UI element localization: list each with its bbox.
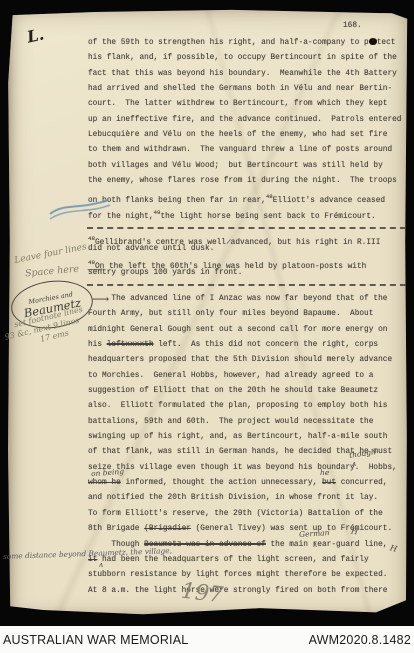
- typed-line: up an ineffective fire, and the advance …: [88, 113, 402, 128]
- pencil-page-number: 197: [180, 579, 225, 609]
- typed-segment-delx: leftxxxxth: [107, 341, 154, 349]
- typed-line: also. Elliott formulated the plan, propo…: [88, 399, 397, 414]
- archive-footer-bar: AUSTRALIAN WAR MEMORIAL AWM2020.8.1482: [0, 626, 414, 653]
- typed-line: To form Elliott's reserve, the 29th (Vic…: [88, 507, 397, 522]
- typed-line: fact that this was beyond his boundary. …: [88, 67, 402, 82]
- blue-pencil-scribble-icon: [47, 195, 113, 223]
- archive-accession-number: AWM2020.8.1482: [309, 633, 411, 647]
- paragraph-continued: of the 59th to strengthen his right, and…: [88, 36, 402, 220]
- typed-segment-del: whom he: [88, 479, 121, 487]
- typed-line: seize this village even though it was be…: [88, 461, 397, 476]
- footnote-48: 48Gellibrand's centre was well∕advanced,…: [88, 234, 380, 255]
- typed-line: court. The latter withdrew to Bertincour…: [88, 97, 402, 112]
- editor-note-leave-lines: Leave four lines: [14, 242, 88, 266]
- footnote-49: 49On the left the 60th's line was held b…: [88, 258, 366, 279]
- archive-institution-label: AUSTRALIAN WAR MEMORIAL: [3, 633, 188, 647]
- editor-note-space-here: Space here: [25, 264, 80, 280]
- ink-blot-icon: [369, 38, 377, 45]
- caret-icon: ʌ: [352, 460, 356, 468]
- typed-line: midnight General Gough sent out a second…: [88, 323, 397, 338]
- typed-segment-del: (Brigadier: [144, 525, 191, 533]
- typed-line: his flank, and, if possible, to occupy B…: [88, 51, 402, 66]
- handwritten-insertion-he: he: [320, 468, 329, 477]
- typed-segment-sup: 48: [88, 235, 95, 242]
- typed-line: of the 59th to strengthen his right, and…: [88, 36, 402, 51]
- typed-separator-line: [87, 227, 406, 229]
- typed-line: stubborn resistance by light forces migh…: [88, 568, 397, 583]
- pencil-corner-mark: L.: [25, 24, 45, 46]
- arrow-right-icon: ⟶: [87, 263, 103, 276]
- typed-line: to Morchies. General Hobbs, however, had…: [88, 369, 397, 384]
- typed-line: The advanced line of I Anzac was now far…: [88, 292, 397, 307]
- typed-line: both villages and Vélu Wood; but Bertinc…: [88, 159, 402, 174]
- arrow-right-icon: ⟶: [92, 292, 109, 306]
- typed-line: and notified the 20th British Division, …: [88, 491, 397, 506]
- typed-line: headquarters proposed that the 5th Divis…: [88, 353, 397, 368]
- caret-icon: ʌ: [99, 561, 103, 569]
- typed-line: At 8 a.m. the light horse were strongly …: [88, 584, 397, 599]
- typed-segment-sup: 49: [154, 209, 161, 216]
- typed-line: for the night,49the light horse being se…: [88, 205, 402, 220]
- typed-segment-del: but: [322, 479, 336, 487]
- typed-segment-sup: 48: [266, 193, 273, 200]
- typed-line: Fourth Army, but still only four miles b…: [88, 307, 397, 322]
- page-content-layer: 168. of the 59th to strengthen his right…: [0, 0, 414, 653]
- typed-line: battalions, 59th and 60th. The project w…: [88, 415, 397, 430]
- typed-line: 49On the left the 60th's line was held b…: [88, 258, 366, 268]
- caret-icon: ʌ: [313, 541, 317, 549]
- page-number: 168.: [343, 22, 362, 30]
- typed-line: the enemy, whose flares rose from it dur…: [88, 174, 402, 189]
- typed-line: whom he informed, thought the action unn…: [88, 476, 397, 491]
- typed-line: his leftxxxxth left. As this did not con…: [88, 338, 397, 353]
- typed-line: suggestion of Elliott that on the 20th h…: [88, 384, 397, 399]
- typed-line: Lebucquière and Vélu on the heels of the…: [88, 128, 402, 143]
- typed-line: swinging up of his right, and, as Bertin…: [88, 430, 397, 445]
- typed-line: 48Gellibrand's centre was well∕advanced,…: [88, 234, 380, 244]
- typed-separator-line: [87, 284, 406, 286]
- typed-line: to them and withdrawn. The vanguard thre…: [88, 143, 402, 158]
- typed-line: had arrived and shelled the Germans both…: [88, 82, 402, 97]
- typed-line: on both flanks being then far in rear,48…: [88, 189, 402, 204]
